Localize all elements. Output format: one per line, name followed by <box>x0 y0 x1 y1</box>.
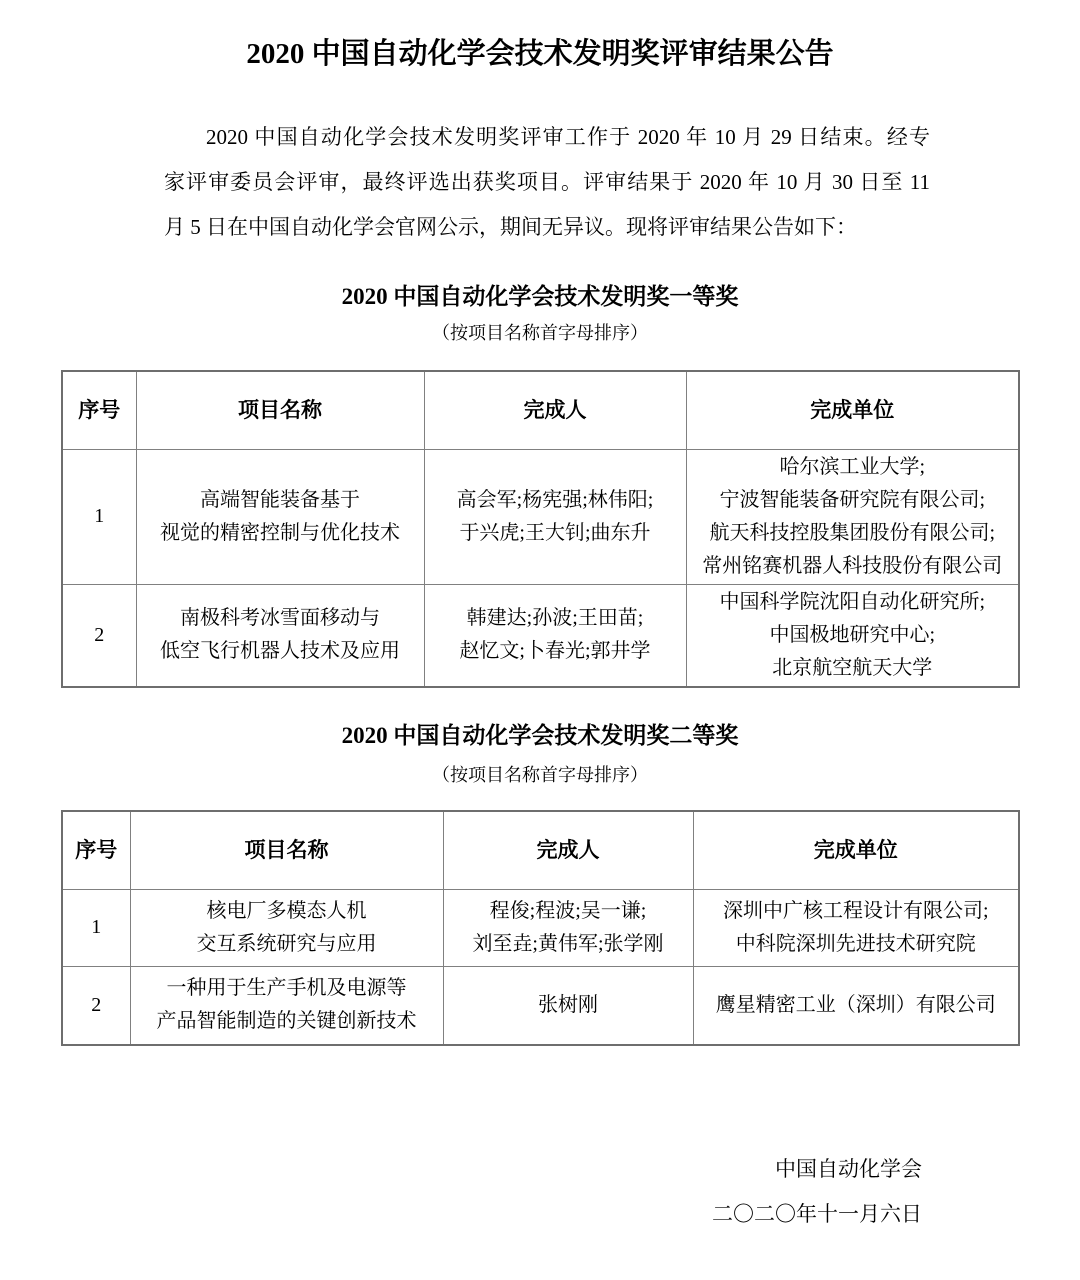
column-header-serial: 序号 <box>62 371 136 449</box>
table-row: 2 一种用于生产手机及电源等 产品智能制造的关键创新技术 张树刚 鹰星精密工业（… <box>62 966 1019 1045</box>
intro-line-2: 家评审委员会评审，最终评选出获奖项目。评审结果于 2020 年 10 月 30 … <box>164 160 930 205</box>
section-subheading-second-prize: （按项目名称首字母排序） <box>0 761 1080 787</box>
table-row: 1 高端智能装备基于 视觉的精密控制与优化技术 高会军;杨宪强;林伟阳; 于兴虎… <box>62 449 1019 584</box>
column-header-people: 完成人 <box>443 811 693 889</box>
cell-project: 高端智能装备基于 视觉的精密控制与优化技术 <box>136 449 424 584</box>
cell-project: 一种用于生产手机及电源等 产品智能制造的关键创新技术 <box>130 966 443 1045</box>
cell-units: 哈尔滨工业大学; 宁波智能装备研究院有限公司; 航天科技控股集团股份有限公司; … <box>686 449 1019 584</box>
cell-serial: 2 <box>62 584 136 687</box>
cell-units: 深圳中广核工程设计有限公司; 中科院深圳先进技术研究院 <box>693 889 1019 966</box>
section-heading-second-prize: 2020 中国自动化学会技术发明奖二等奖 <box>0 717 1080 750</box>
column-header-project: 项目名称 <box>136 371 424 449</box>
column-header-units: 完成单位 <box>693 811 1019 889</box>
cell-people: 韩建达;孙波;王田苗; 赵忆文;卜春光;郭井学 <box>424 584 686 687</box>
first-prize-table: 序号 项目名称 完成人 完成单位 1 高端智能装备基于 视觉的精密控制与优化技术… <box>61 370 1020 688</box>
cell-people: 程俊;程波;吴一谦; 刘至垚;黄伟军;张学刚 <box>443 889 693 966</box>
section-subheading-first-prize: （按项目名称首字母排序） <box>0 319 1080 345</box>
second-prize-table: 序号 项目名称 完成人 完成单位 1 核电厂多模态人机 交互系统研究与应用 程俊… <box>61 810 1020 1046</box>
cell-project: 核电厂多模态人机 交互系统研究与应用 <box>130 889 443 966</box>
column-header-people: 完成人 <box>424 371 686 449</box>
intro-line-1: 2020 中国自动化学会技术发明奖评审工作于 2020 年 10 月 29 日结… <box>164 115 930 160</box>
cell-project: 南极科考冰雪面移动与 低空飞行机器人技术及应用 <box>136 584 424 687</box>
column-header-project: 项目名称 <box>130 811 443 889</box>
cell-people: 高会军;杨宪强;林伟阳; 于兴虎;王大钊;曲东升 <box>424 449 686 584</box>
signature-org: 中国自动化学会 <box>712 1147 922 1192</box>
cell-serial: 1 <box>62 889 130 966</box>
signature-date: 二〇二〇年十一月六日 <box>712 1192 922 1237</box>
cell-serial: 1 <box>62 449 136 584</box>
intro-paragraph: 2020 中国自动化学会技术发明奖评审工作于 2020 年 10 月 29 日结… <box>164 115 930 250</box>
intro-line-3: 月 5 日在中国自动化学会官网公示，期间无异议。现将评审结果公告如下： <box>164 205 930 250</box>
cell-units: 鹰星精密工业（深圳）有限公司 <box>693 966 1019 1045</box>
table-row: 2 南极科考冰雪面移动与 低空飞行机器人技术及应用 韩建达;孙波;王田苗; 赵忆… <box>62 584 1019 687</box>
section-heading-first-prize: 2020 中国自动化学会技术发明奖一等奖 <box>0 278 1080 311</box>
document-page: 2020 中国自动化学会技术发明奖评审结果公告 2020 中国自动化学会技术发明… <box>0 0 1080 1280</box>
table-row: 1 核电厂多模态人机 交互系统研究与应用 程俊;程波;吴一谦; 刘至垚;黄伟军;… <box>62 889 1019 966</box>
page-title: 2020 中国自动化学会技术发明奖评审结果公告 <box>0 31 1080 72</box>
table-header-row: 序号 项目名称 完成人 完成单位 <box>62 811 1019 889</box>
column-header-serial: 序号 <box>62 811 130 889</box>
column-header-units: 完成单位 <box>686 371 1019 449</box>
cell-units: 中国科学院沈阳自动化研究所; 中国极地研究中心; 北京航空航天大学 <box>686 584 1019 687</box>
table-header-row: 序号 项目名称 完成人 完成单位 <box>62 371 1019 449</box>
signature-block: 中国自动化学会 二〇二〇年十一月六日 <box>712 1147 922 1237</box>
cell-people: 张树刚 <box>443 966 693 1045</box>
cell-serial: 2 <box>62 966 130 1045</box>
